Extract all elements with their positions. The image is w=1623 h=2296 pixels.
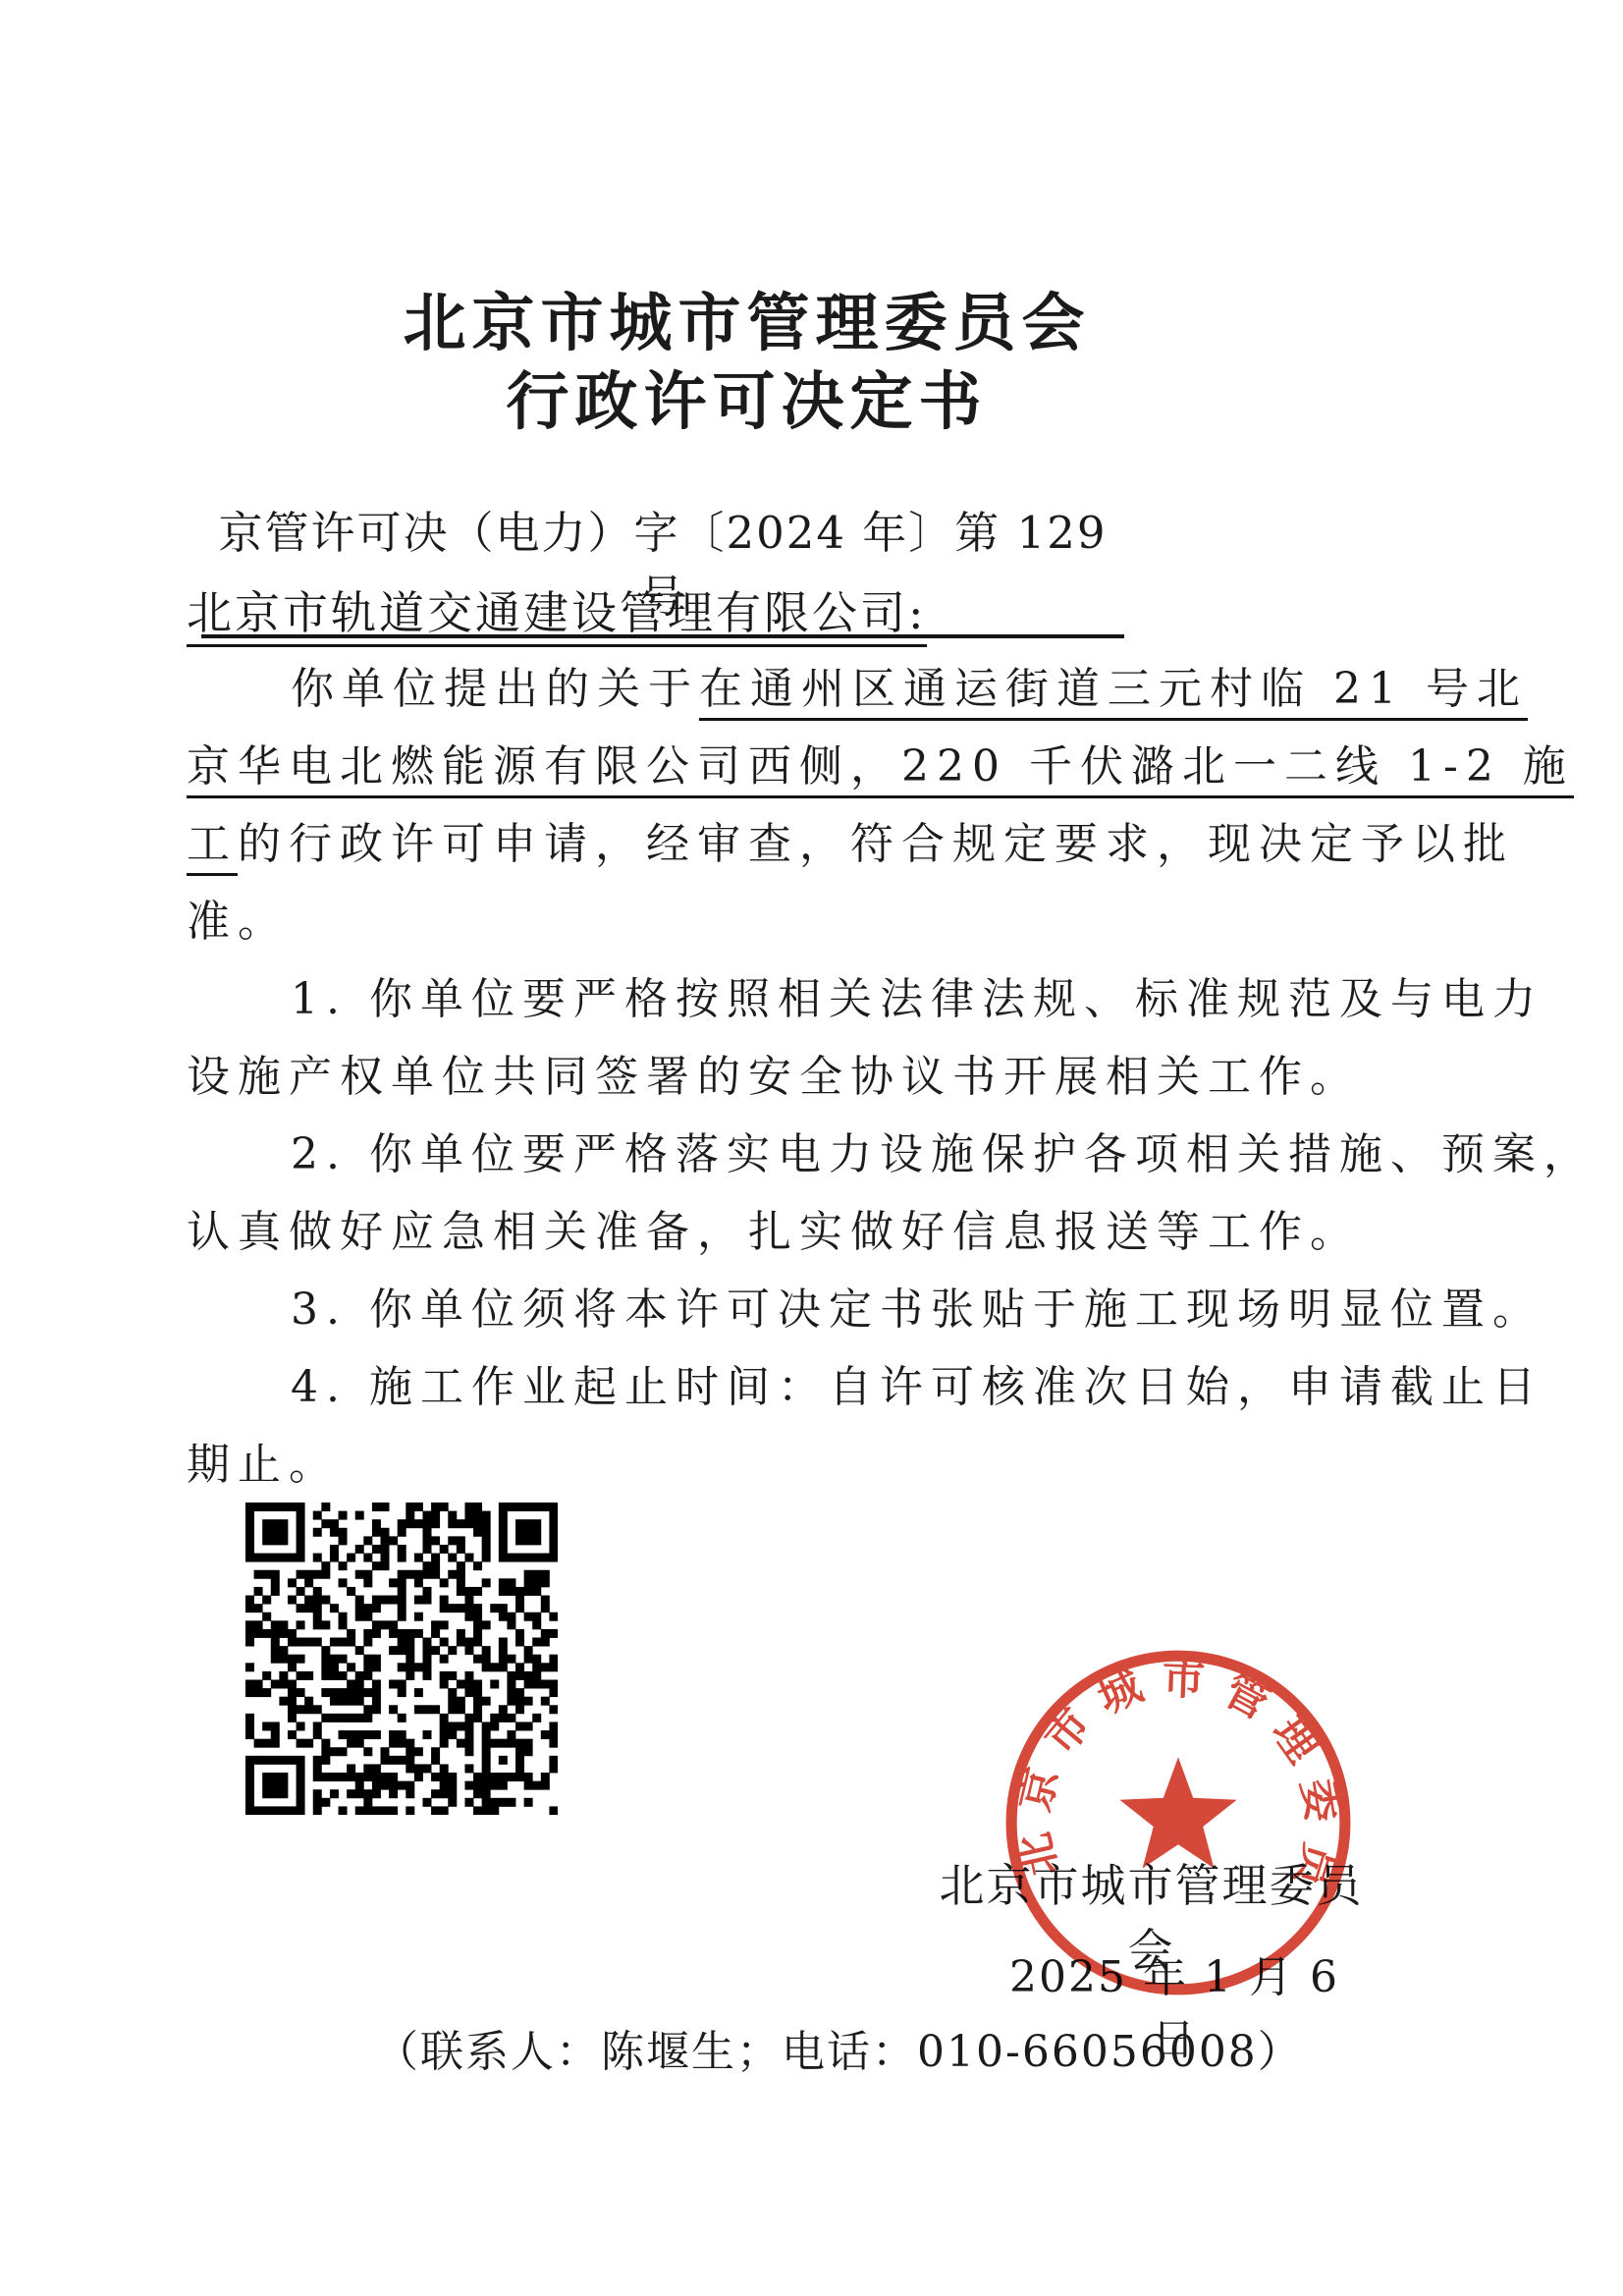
body-line: 2. 你单位要严格落实电力设施保护各项相关措施、预案， [187, 1116, 1443, 1193]
body-line: 京华电北燃能源有限公司西侧，220 千伏潞北一二线 1-2 施 [187, 728, 1443, 805]
plain-text: 认真做好应急相关准备，扎实做好信息报送等工作。 [187, 1207, 1361, 1257]
body: 你单位提出的关于在通州区通运街道三元村临 21 号北京华电北燃能源有限公司西侧，… [187, 650, 1443, 1503]
plain-text: 1. 你单位要严格按照相关法律法规、标准规范及与电力 [291, 974, 1543, 1024]
body-line: 设施产权单位共同签署的安全协议书开展相关工作。 [187, 1038, 1443, 1116]
body-line: 认真做好应急相关准备，扎实做好信息报送等工作。 [187, 1193, 1443, 1271]
body-line: 4. 施工作业起止时间：自许可核准次日始，申请截止日 [187, 1348, 1443, 1426]
plain-text: 设施产权单位共同签署的安全协议书开展相关工作。 [187, 1052, 1361, 1102]
body-line: 期止。 [187, 1426, 1443, 1503]
official-seal-stamp: 北京市城市管理委员会 [1000, 1644, 1357, 2001]
underlined-text: 京华电北燃能源有限公司西侧，220 千伏潞北一二线 1-2 施 [187, 741, 1574, 798]
plain-text: 3. 你单位须将本许可决定书张贴于施工现场明显位置。 [291, 1285, 1543, 1335]
body-line: 3. 你单位须将本许可决定书张贴于施工现场明显位置。 [187, 1271, 1443, 1348]
underlined-text: 工 [187, 819, 238, 876]
body-line: 工的行政许可申请，经审查，符合规定要求，现决定予以批 [187, 805, 1443, 883]
plain-text: 你单位提出的关于 [291, 664, 699, 714]
underlined-text: 在通州区通运街道三元村临 21 号北 [699, 664, 1528, 721]
license-document-page: 北京市城市管理委员会 行政许可决定书 京管许可决（电力）字〔2024 年〕第 1… [0, 0, 1623, 2296]
plain-text: 4. 施工作业起止时间：自许可核准次日始，申请截止日 [291, 1362, 1543, 1412]
qr-code [245, 1503, 558, 1815]
body-line: 1. 你单位要严格按照相关法律法规、标准规范及与电力 [187, 960, 1443, 1038]
title-line-2: 行政许可决定书 [0, 363, 1558, 442]
plain-text: 的行政许可申请，经审查，符合规定要求，现决定予以批 [238, 819, 1514, 869]
body-line: 准。 [187, 883, 1443, 960]
contact-line: （联系人：陈堰生；电话：010-66056008） [375, 2016, 1303, 2079]
document-title: 北京市城市管理委员会 行政许可决定书 [0, 285, 1558, 442]
title-line-1: 北京市城市管理委员会 [0, 285, 1558, 363]
seal-star-icon [1119, 1757, 1236, 1868]
plain-text: 准。 [187, 897, 289, 947]
addressee-text: 北京市轨道交通建设管理有限公司: [187, 586, 927, 647]
addressee-line: 北京市轨道交通建设管理有限公司: [187, 577, 927, 642]
plain-text: 期止。 [187, 1440, 340, 1490]
plain-text: 2. 你单位要严格落实电力设施保护各项相关措施、预案， [291, 1129, 1595, 1179]
body-line: 你单位提出的关于在通州区通运街道三元村临 21 号北 [187, 650, 1443, 728]
